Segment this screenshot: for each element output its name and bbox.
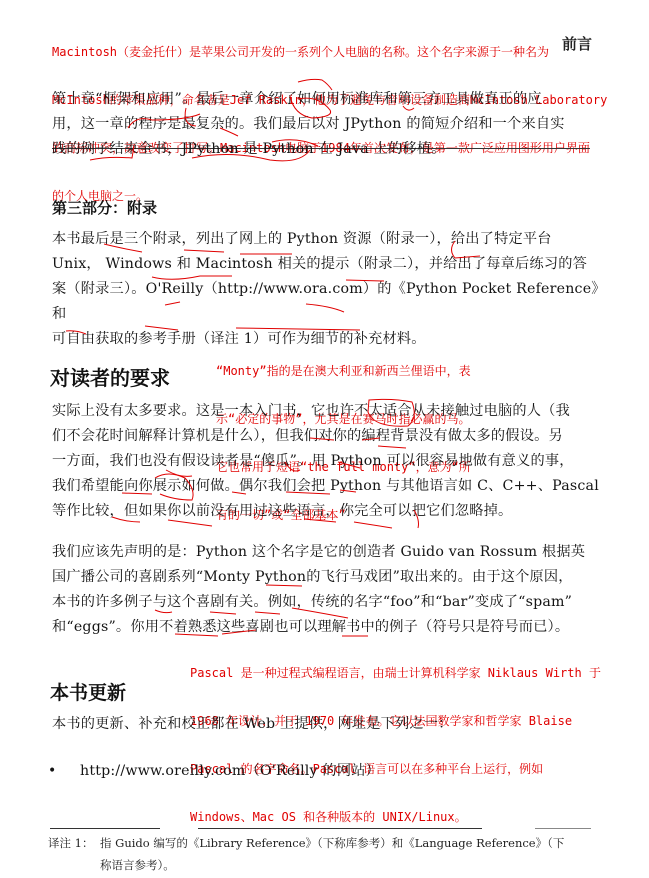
chapter10-paragraph: 第十章“框架和应用”。最后一章介绍了如何用标准库和第三方工具做真正的应 用，这一… <box>52 87 612 162</box>
text-line: 们不会花时间解释计算机是什么），但我们对你的编程背景没有做太多的假设。另 <box>52 424 612 449</box>
requirements-paragraph: 实际上没有太多要求。这是一本入门书，它也许不太适合从未接触过电脑的人（我 们不会… <box>52 399 612 524</box>
text-line: 我们应该先声明的是：Python 这个名字是它的创造者 Guido van Ro… <box>52 540 612 565</box>
updates-list: • http://www.oreilly.com（O'Reilly 的网站） <box>48 759 608 784</box>
annotation-line: Windows、Mac OS 和各种版本的 UNIX/Linux。 <box>190 809 630 825</box>
footnote-line: 称语言参考）。 <box>48 854 608 876</box>
text-line: 案（附录三）。O'Reilly（http://www.ora.com）的《Pyt… <box>52 277 612 327</box>
section-heading-reader-requirements: 对读者的要求 <box>50 362 170 391</box>
bullet-icon: • <box>48 759 80 784</box>
footnote-label: 译注 1： <box>48 832 100 854</box>
footnote-text: 称语言参考）。 <box>100 858 175 872</box>
text-line: 我们希望能向你展示如何做。偶尔我们会把 Python 与其他语言如 C、C++、… <box>52 474 612 499</box>
footnote-line: 译注 1： 指 Guido 编写的《Library Reference》（下称库… <box>48 832 608 854</box>
section-heading-appendix: 第三部分：附录 <box>52 197 157 218</box>
text-line: 一方面，我们也没有假设读者是“傻瓜”。用 Python 可以很容易地做有意义的事… <box>52 449 612 474</box>
footnote-text: 指 Guido 编写的《Library Reference》（下称库参考）和《L… <box>100 832 564 854</box>
text-line: 用，这一章的程序是最复杂的。我们最后以对 JPython 的简短介绍和一个来自实 <box>52 112 612 137</box>
annotation-pascal: Pascal 是一种过程式编程语言，由瑞士计算机科学家 Niklaus Wirt… <box>190 633 630 841</box>
text-line: 等作比较，但如果你以前没有用过这些语言，你完全可以把它们忽略掉。 <box>52 499 612 524</box>
text-line: 第十章“框架和应用”。最后一章介绍了如何用标准库和第三方工具做真正的应 <box>52 87 612 112</box>
text-line: 本书最后是三个附录，列出了网上的 Python 资源（附录一），给出了特定平台 <box>52 227 612 252</box>
text-line: 本书的许多例子与这个喜剧有关。例如，传统的名字“foo”和“bar”变成了“sp… <box>52 590 612 615</box>
list-item: • http://www.oreilly.com（O'Reilly 的网站） <box>48 759 608 784</box>
footnote-rule <box>535 828 591 829</box>
footnote: 译注 1： 指 Guido 编写的《Library Reference》（下称库… <box>48 832 608 876</box>
annotation-line: Pascal 是一种过程式编程语言，由瑞士计算机科学家 Niklaus Wirt… <box>190 665 630 681</box>
text-line: 国广播公司的喜剧系列“Monty Python的飞行马戏团”取出来的。由于这个原… <box>52 565 612 590</box>
text-line: 践的例子结束全书，JPython 是 Python 在 Java 上的移植。 <box>52 137 612 162</box>
url-link[interactable]: http://www.oreilly.com（O'Reilly 的网站） <box>80 759 380 784</box>
annotation-line: “Monty”指的是在澳大利亚和新西兰俚语中，表 <box>216 363 506 379</box>
footnote-rule <box>198 828 482 829</box>
updates-intro: 本书的更新、补充和校正都在 Web 上提供，网址是下列之一： <box>52 712 612 737</box>
text-line: Unix， Windows 和 Macintosh 相关的提示（附录二），并给出… <box>52 252 612 277</box>
section-heading-updates: 本书更新 <box>50 678 126 705</box>
annotation-line: Macintosh（麦金托什）是苹果公司开发的一系列个人电脑的名称。这个名字来源… <box>52 44 647 60</box>
footnote-rule <box>50 828 160 829</box>
python-name-paragraph: 我们应该先声明的是：Python 这个名字是它的创造者 Guido van Ro… <box>52 540 612 640</box>
text-line: 实际上没有太多要求。这是一本入门书，它也许不太适合从未接触过电脑的人（我 <box>52 399 612 424</box>
